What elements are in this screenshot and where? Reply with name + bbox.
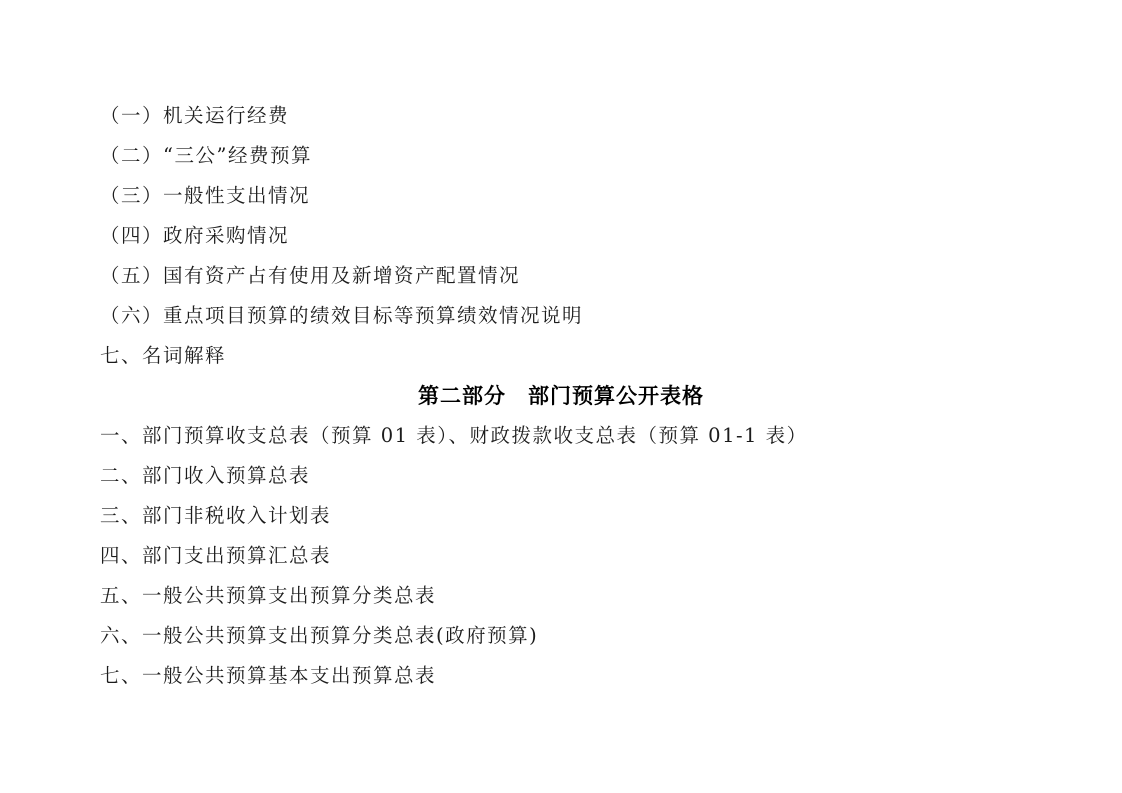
toc-line-part1-sub2: （二）“三公”经费预算 <box>100 136 1022 176</box>
toc-line-part1-sub5: （五）国有资产占有使用及新增资产配置情况 <box>100 256 1022 296</box>
toc-line-part2-item7: 七、一般公共预算基本支出预算总表 <box>100 656 1022 696</box>
toc-line-part2-item4: 四、部门支出预算汇总表 <box>100 536 1022 576</box>
toc-line-part2-item3: 三、部门非税收入计划表 <box>100 496 1022 536</box>
toc-line-part1-sub3: （三）一般性支出情况 <box>100 176 1022 216</box>
toc-line-part2-item1: 一、部门预算收支总表（预算 01 表）、财政拨款收支总表（预算 01-1 表） <box>100 416 1022 456</box>
part2-heading: 第二部分 部门预算公开表格 <box>100 376 1022 416</box>
toc-content: （一）机关运行经费 （二）“三公”经费预算 （三）一般性支出情况 （四）政府采购… <box>100 96 1022 696</box>
toc-line-part2-item2: 二、部门收入预算总表 <box>100 456 1022 496</box>
toc-line-part1-sub4: （四）政府采购情况 <box>100 216 1022 256</box>
toc-line-part1-sub1: （一）机关运行经费 <box>100 96 1022 136</box>
document-page: （一）机关运行经费 （二）“三公”经费预算 （三）一般性支出情况 （四）政府采购… <box>0 0 1122 793</box>
toc-line-part1-item7: 七、名词解释 <box>100 336 1022 376</box>
toc-line-part2-item5: 五、一般公共预算支出预算分类总表 <box>100 576 1022 616</box>
toc-line-part2-item6: 六、一般公共预算支出预算分类总表(政府预算) <box>100 616 1022 656</box>
toc-line-part1-sub6: （六）重点项目预算的绩效目标等预算绩效情况说明 <box>100 296 1022 336</box>
